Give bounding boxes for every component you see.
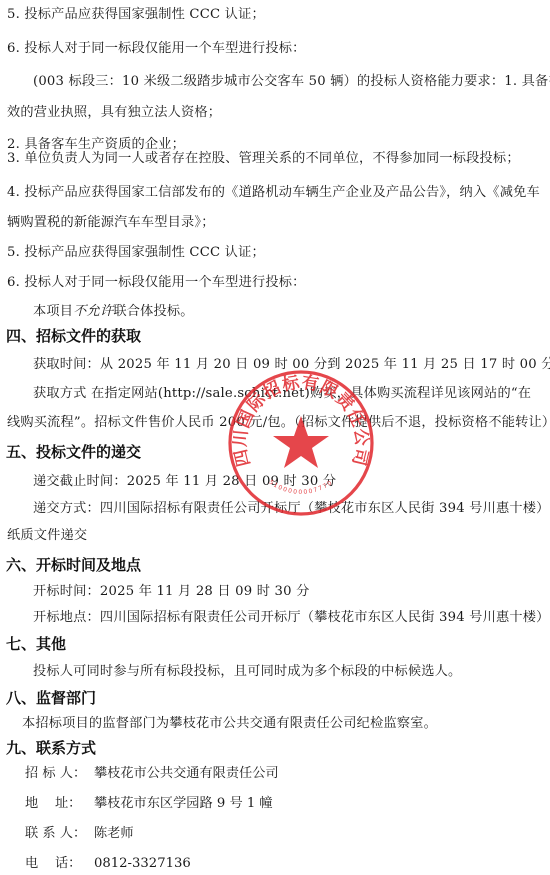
contact-row: 招 标 人：攀枝花市公共交通有限责任公司 xyxy=(25,765,279,783)
text-line: 获取方式 在指定网站(http://sale.schict.net)购买，具体购… xyxy=(33,385,531,403)
contact-label: 招 标 人： xyxy=(25,765,94,783)
text-line: 线购买流程”。招标文件售价人民币 200 元/包。（招标文件提供后不退，投标资格… xyxy=(7,414,550,432)
text-line: 递交方式：四川国际招标有限责任公司开标厅（攀枝花市东区人民街 394 号川惠十楼… xyxy=(33,500,550,518)
section-heading: 四、招标文件的获取 xyxy=(6,326,141,346)
text-line: (003 标段三：10 米级二级踏步城市公交客车 50 辆）的投标人资格能力要求… xyxy=(33,73,550,91)
contact-value: 攀枝花市东区学园路 9 号 1 幢 xyxy=(94,796,273,811)
consortium-suffix: 联合体投标。 xyxy=(113,304,193,319)
contact-row: 电 话：0812-3327136 xyxy=(25,855,191,873)
section-heading: 七、其他 xyxy=(6,634,66,654)
contact-row: 地 址：攀枝花市东区学园路 9 号 1 幢 xyxy=(25,795,273,813)
text-line: 3. 单位负责人为同一人或者存在控股、管理关系的不同单位，不得参加同一标段投标； xyxy=(7,150,520,168)
text-line: 6. 投标人对于同一标段仅能用一个车型进行投标： xyxy=(7,40,306,58)
section-heading: 五、投标文件的递交 xyxy=(6,442,141,462)
contact-row: 联 系 人：陈老师 xyxy=(25,825,134,843)
text-line: 投标人可同时参与所有标段投标，且可同时成为多个标段的中标候选人。 xyxy=(33,663,461,681)
text-line: 开标地点：四川国际招标有限责任公司开标厅（攀枝花市东区人民街 394 号川惠十楼… xyxy=(33,609,550,627)
text-line: 递交截止时间：2025 年 11 月 28 日 09 时 30 分 xyxy=(33,473,336,491)
text-line: 辆购置税的新能源汽车车型目录》； xyxy=(7,214,215,232)
document-page: 5. 投标产品应获得国家强制性 CCC 认证； 6. 投标人对于同一标段仅能用一… xyxy=(0,0,550,875)
contact-value: 攀枝花市公共交通有限责任公司 xyxy=(94,766,279,781)
contact-label: 联 系 人： xyxy=(25,825,94,843)
contact-label: 电 话： xyxy=(25,855,94,873)
text-line: 获取时间：从 2025 年 11 月 20 日 09 时 00 分到 2025 … xyxy=(33,356,550,374)
contact-label: 地 址： xyxy=(25,795,94,813)
text-line: 开标时间：2025 年 11 月 28 日 09 时 30 分 xyxy=(33,583,310,601)
text-line: 5. 投标产品应获得国家强制性 CCC 认证； xyxy=(7,6,265,24)
contact-value: 陈老师 xyxy=(94,826,134,841)
text-line: 本招标项目的监督部门为攀枝花市公共交通有限责任公司纪检监察室。 xyxy=(22,715,437,733)
text-line: 5. 投标产品应获得国家强制性 CCC 认证； xyxy=(7,244,265,262)
consortium-prefix: 本项目 xyxy=(33,304,73,319)
consortium-italic: 不允许 xyxy=(73,304,113,319)
text-line: 效的营业执照，具有独立法人资格； xyxy=(7,104,221,122)
text-line: 6. 投标人对于同一标段仅能用一个车型进行投标： xyxy=(7,274,306,292)
text-line: 4. 投标产品应获得国家工信部发布的《道路机动车辆生产企业及产品公告》，纳入《减… xyxy=(7,184,540,202)
text-line: 纸质文件递交 xyxy=(7,527,87,545)
contact-value: 0812-3327136 xyxy=(94,856,191,871)
section-heading: 六、开标时间及地点 xyxy=(6,555,141,575)
consortium-line: 本项目不允许联合体投标。 xyxy=(33,303,194,321)
section-heading: 八、监督部门 xyxy=(6,688,96,708)
section-heading: 九、联系方式 xyxy=(6,738,96,758)
